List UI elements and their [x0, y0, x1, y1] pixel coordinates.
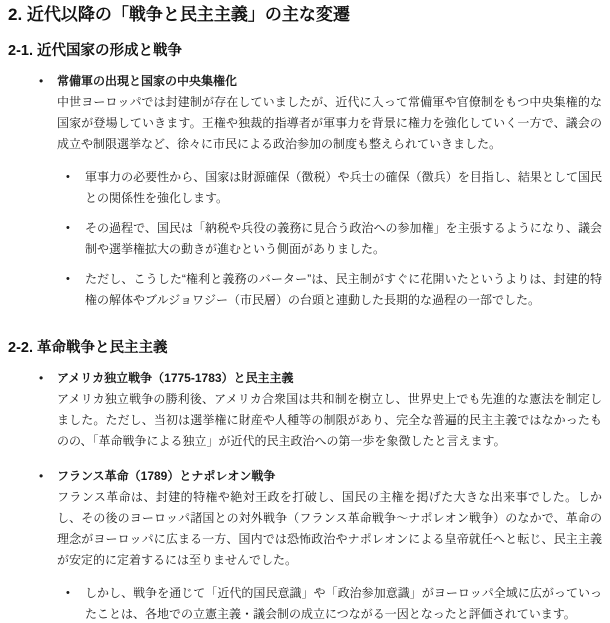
- list-item-body: アメリカ独立戦争の勝利後、アメリカ合衆国は共和制を樹立し、世界史上でも先進的な憲…: [57, 389, 602, 452]
- sub-list-item: しかし、戦争を通じて「近代的国民意識」や「政治参加意識」がヨーロッパ全域に広がっ…: [57, 583, 602, 623]
- list-item-french-revolution: フランス革命（1789）とナポレオン戦争 フランス革命は、封建的特権や絶対王政を…: [8, 466, 602, 623]
- section-heading-2-2: 2-2. 革命戦争と民主主義: [8, 339, 602, 357]
- list-item-body: フランス革命は、封建的特権や絶対王政を打破し、国民の主権を掲げた大きな出来事でし…: [57, 487, 602, 571]
- list-item-header: 常備軍の出現と国家の中央集権化: [57, 71, 602, 92]
- list-item-header: アメリカ独立戦争（1775-1783）と民主主義: [57, 368, 602, 389]
- bullet-list-level-2: 軍事力の必要性から、国家は財源確保（徴税）や兵士の確保（徴兵）を目指し、結果とし…: [57, 167, 602, 311]
- list-item-body: 中世ヨーロッパでは封建制が存在していましたが、近代に入って常備軍や官僚制をもつ中…: [57, 92, 602, 155]
- section-revolutionary-wars: 2-2. 革命戦争と民主主義 アメリカ独立戦争（1775-1783）と民主主義 …: [8, 339, 602, 623]
- sub-list-item: その過程で、国民は「納税や兵役の義務に見合う政治への参加権」を主張するようになり…: [57, 218, 602, 260]
- section-modern-state: 2-1. 近代国家の形成と戦争 常備軍の出現と国家の中央集権化 中世ヨーロッパで…: [8, 42, 602, 311]
- document-page: 2. 近代以降の「戦争と民主主義」の主な変遷 2-1. 近代国家の形成と戦争 常…: [0, 0, 610, 623]
- bullet-list-level-2: しかし、戦争を通じて「近代的国民意識」や「政治参加意識」がヨーロッパ全域に広がっ…: [57, 583, 602, 623]
- list-item-american-revolution: アメリカ独立戦争（1775-1783）と民主主義 アメリカ独立戦争の勝利後、アメ…: [8, 368, 602, 452]
- bullet-list-level-1: アメリカ独立戦争（1775-1783）と民主主義 アメリカ独立戦争の勝利後、アメ…: [8, 368, 602, 623]
- list-item-header: フランス革命（1789）とナポレオン戦争: [57, 466, 602, 487]
- bullet-list-level-1: 常備軍の出現と国家の中央集権化 中世ヨーロッパでは封建制が存在していましたが、近…: [8, 71, 602, 311]
- list-item-standing-army: 常備軍の出現と国家の中央集権化 中世ヨーロッパでは封建制が存在していましたが、近…: [8, 71, 602, 311]
- sub-list-item: ただし、こうした“権利と義務のバーター”は、民主制がすぐに花開いたというよりは、…: [57, 269, 602, 311]
- sub-list-item: 軍事力の必要性から、国家は財源確保（徴税）や兵士の確保（徴兵）を目指し、結果とし…: [57, 167, 602, 209]
- page-title: 2. 近代以降の「戦争と民主主義」の主な変遷: [8, 4, 602, 26]
- section-heading-2-1: 2-1. 近代国家の形成と戦争: [8, 42, 602, 60]
